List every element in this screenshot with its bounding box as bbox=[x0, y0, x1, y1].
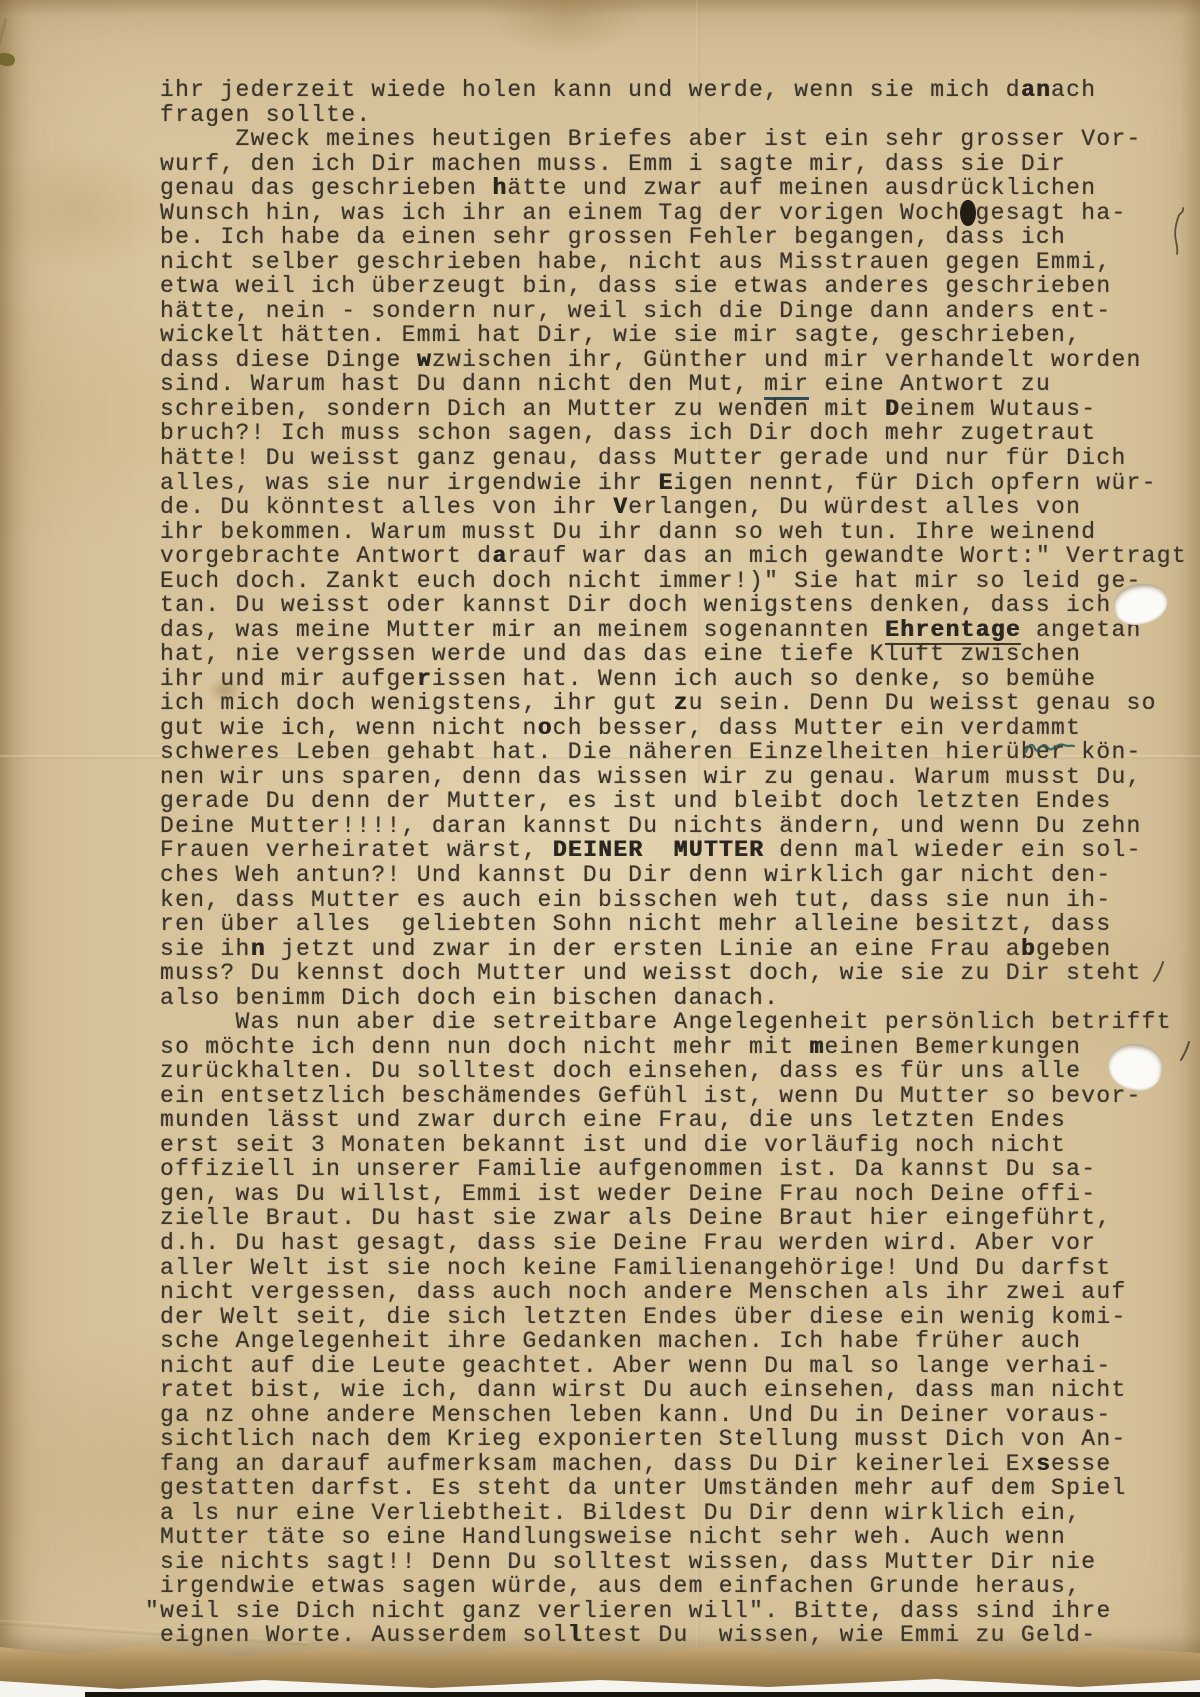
letter-line: Frauen verheiratet wärst, DEINER MUTTER … bbox=[160, 838, 1187, 863]
letter-line: nicht vergessen, dass auch noch andere M… bbox=[160, 1280, 1187, 1305]
letter-line: fang an darauf aufmerksam machen, dass D… bbox=[160, 1452, 1187, 1477]
letter-line: ratet bist, wie ich, dann wirst Du auch … bbox=[160, 1378, 1187, 1403]
letter-line: munden lässt und zwar durch eine Frau, d… bbox=[160, 1108, 1187, 1133]
letter-line: gen, was Du willst, Emmi ist weder Deine… bbox=[160, 1182, 1187, 1207]
letter-line: irgendwie etwas sagen würde, aus dem ein… bbox=[160, 1574, 1187, 1599]
letter-line: gerade Du denn der Mutter, es ist und bl… bbox=[160, 789, 1187, 814]
letter-line: sind. Warum hast Du dann nicht den Mut, … bbox=[160, 372, 1187, 397]
letter-line: Euch doch. Zankt euch doch nicht immer!)… bbox=[160, 569, 1187, 594]
letter-line: alles, was sie nur irgendwie ihr Eigen n… bbox=[160, 471, 1187, 496]
scan-edge-line bbox=[85, 1692, 1200, 1697]
letter-line: eignen Worte. Ausserdem solltest Du wiss… bbox=[160, 1623, 1187, 1648]
letter-line: ich mich doch wenigstens, ihr gut zu sei… bbox=[160, 691, 1187, 716]
letter-page: ihr jederzeit wiede holen kann und werde… bbox=[0, 0, 1200, 1697]
letter-line: fragen sollte. bbox=[160, 103, 1187, 128]
letter-line: hätte, nein - sondern nur, weil sich die… bbox=[160, 299, 1187, 324]
letter-line: a ls nur eine Verliebtheit. Bildest Du D… bbox=[160, 1501, 1187, 1526]
letter-line: ein entsetzlich beschämendes Gefühl ist,… bbox=[160, 1084, 1187, 1109]
letter-line: sichtlich nach dem Krieg exponierten Ste… bbox=[160, 1427, 1187, 1452]
letter-line: bruch?! Ich muss schon sagen, dass ich D… bbox=[160, 421, 1187, 446]
letter-line: das, was meine Mutter mir an meinem soge… bbox=[160, 618, 1187, 643]
letter-line: Wunsch hin, was ich ihr an einem Tag der… bbox=[160, 201, 1187, 226]
letter-line: gestatten darfst. Es steht da unter Umst… bbox=[160, 1476, 1187, 1501]
letter-line: zurückhalten. Du solltest doch einsehen,… bbox=[160, 1059, 1187, 1084]
letter-line: sie nichts sagt!! Denn Du solltest wisse… bbox=[160, 1550, 1187, 1575]
letter-line: ches Weh antun?! Und kannst Du Dir denn … bbox=[160, 863, 1187, 888]
letter-line: "weil sie Dich nicht ganz verlieren will… bbox=[145, 1599, 1187, 1624]
letter-line: Was nun aber die setreitbare Angelegenhe… bbox=[160, 1010, 1187, 1035]
letter-text: ihr jederzeit wiede holen kann und werde… bbox=[160, 78, 1187, 1648]
letter-line: so möchte ich denn nun doch nicht mehr m… bbox=[160, 1035, 1187, 1060]
letter-line: ken, dass Mutter es auch ein bisschen we… bbox=[160, 888, 1187, 913]
letter-line: ren über alles geliebten Sohn nicht mehr… bbox=[160, 912, 1187, 937]
letter-line: offiziell in unserer Familie aufgenommen… bbox=[160, 1157, 1187, 1182]
letter-line: ihr bekommen. Warum musst Du ihr dann so… bbox=[160, 520, 1187, 545]
letter-line: sche Angelegenheit ihre Gedanken machen.… bbox=[160, 1329, 1187, 1354]
scratch-mark-top-left bbox=[0, 18, 7, 46]
letter-line: be. Ich habe da einen sehr grossen Fehle… bbox=[160, 225, 1187, 250]
letter-line: nen wir uns sparen, denn das wissen wir … bbox=[160, 765, 1187, 790]
letter-line: Zweck meines heutigen Briefes aber ist e… bbox=[160, 127, 1187, 152]
letter-line: de. Du könntest alles von ihr Verlangen,… bbox=[160, 495, 1187, 520]
letter-line: muss? Du kennst doch Mutter und weisst d… bbox=[160, 961, 1187, 986]
letter-line: der Welt seit, die sich letzten Endes üb… bbox=[160, 1305, 1187, 1330]
letter-line: tan. Du weisst oder kannst Dir doch weni… bbox=[160, 593, 1187, 618]
letter-line: ihr jederzeit wiede holen kann und werde… bbox=[160, 78, 1187, 103]
letter-line: erst seit 3 Monaten bekannt ist und die … bbox=[160, 1133, 1187, 1158]
letter-line: gut wie ich, wenn nicht noch besser, das… bbox=[160, 716, 1187, 741]
letter-line: d.h. Du hast gesagt, dass sie Deine Frau… bbox=[160, 1231, 1187, 1256]
letter-line: wurf, den ich Dir machen muss. Emm i sag… bbox=[160, 152, 1187, 177]
letter-line: ihr und mir aufgerissen hat. Wenn ich au… bbox=[160, 667, 1187, 692]
letter-line: schreiben, sondern Dich an Mutter zu wen… bbox=[160, 397, 1187, 422]
letter-line: nicht auf die Leute geachtet. Aber wenn … bbox=[160, 1354, 1187, 1379]
letter-line: genau das geschrieben hätte und zwar auf… bbox=[160, 176, 1187, 201]
letter-line: Mutter täte so eine Handlungsweise nicht… bbox=[160, 1525, 1187, 1550]
letter-line: hat, nie vergssen werde und das das eine… bbox=[160, 642, 1187, 667]
ink-smudge-left-edge bbox=[0, 51, 16, 67]
letter-line: Deine Mutter!!!!, daran kannst Du nichts… bbox=[160, 814, 1187, 839]
letter-line: vorgebrachte Antwort darauf war das an m… bbox=[160, 544, 1187, 569]
letter-line: sie ihn jetzt und zwar in der ersten Lin… bbox=[160, 937, 1187, 962]
letter-line: dass diese Dinge wzwischen ihr, Günther … bbox=[160, 348, 1187, 373]
letter-line: also benimm Dich doch ein bischen danach… bbox=[160, 986, 1187, 1011]
letter-line: aller Welt ist sie noch keine Familienan… bbox=[160, 1256, 1187, 1281]
letter-line: hätte! Du weisst ganz genau, dass Mutter… bbox=[160, 446, 1187, 471]
letter-line: wickelt hätten. Emmi hat Dir, wie sie mi… bbox=[160, 323, 1187, 348]
letter-line: ga nz ohne andere Menschen leben kann. U… bbox=[160, 1403, 1187, 1428]
letter-line: schweres Leben gehabt hat. Die näheren E… bbox=[160, 740, 1187, 765]
letter-line: zielle Braut. Du hast sie zwar als Deine… bbox=[160, 1206, 1187, 1231]
letter-line: etwa weil ich überzeugt bin, dass sie et… bbox=[160, 274, 1187, 299]
letter-line: nicht selber geschrieben habe, nicht aus… bbox=[160, 250, 1187, 275]
